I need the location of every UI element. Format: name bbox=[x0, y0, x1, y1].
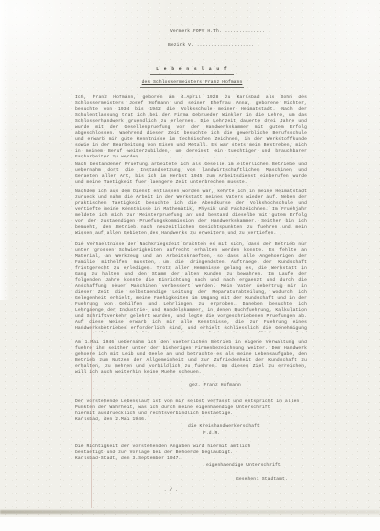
center-signature: gez. Franz Hofmann bbox=[188, 383, 242, 389]
paragraph-5: Am 1.Mai 1946 uebernahm ich den vaeterli… bbox=[75, 340, 307, 376]
document-title: L e b e n s l a u f bbox=[150, 67, 234, 75]
paper-bottom-edge-shadow bbox=[0, 510, 380, 514]
header-reference-line-1: Vermerk FOPY H.Th. .............. bbox=[170, 29, 265, 35]
page-continuation-mark: . / . bbox=[155, 488, 187, 494]
paragraph-4: Die Verhaeltnisse der Nachkriegszeit bra… bbox=[75, 242, 307, 332]
closing1-signature-sub: F.d.R. bbox=[203, 431, 220, 437]
closing2-signature: eigenhaendige Unterschrift bbox=[206, 463, 281, 469]
closing1-signature: die Kreishandwerkerschaft bbox=[188, 424, 260, 430]
paper-left-edge bbox=[0, 0, 10, 300]
closing2-date-line: Karlsbad-Stadt, den 3.September 1947. bbox=[75, 456, 307, 462]
scan-background-bottom bbox=[0, 517, 380, 531]
crease-vertical-line bbox=[91, 302, 92, 508]
paragraph-1: Ich, Franz Hofmann, geboren am 4.April 1… bbox=[75, 95, 307, 157]
scanned-document-page: Vermerk FOPY H.Th. .............. Bezirk… bbox=[0, 0, 380, 531]
closing1-date-line: Karlsbad, den 2.Mai 1946. bbox=[75, 417, 307, 423]
document-subtitle: des Schlossermeisters Franz Hofmann bbox=[140, 80, 244, 88]
header-reference-line-2: Bezirk V. .................... bbox=[168, 43, 254, 49]
paragraph-2: Nach bestandener Pruefung arbeitete ich … bbox=[75, 162, 307, 186]
paragraph-3: Nachdem ich aus dem Dienst entlassen wor… bbox=[75, 189, 307, 237]
stamp-line: Gesehen: Stadtamt. bbox=[236, 477, 288, 483]
